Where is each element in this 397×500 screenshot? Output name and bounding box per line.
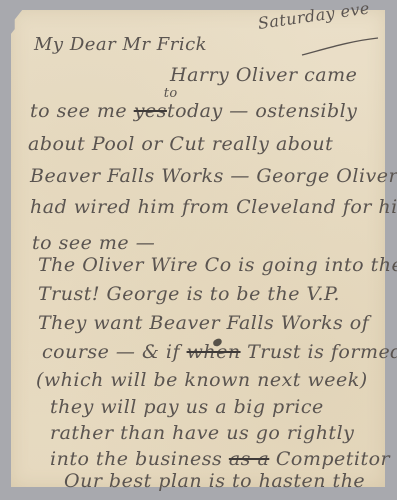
letter-line-6: to see me —	[32, 232, 155, 254]
line-10-prefix: course — & if	[42, 341, 187, 363]
letter-line-14: into the business as a Competitor	[50, 448, 390, 470]
dateline-flourish	[300, 37, 380, 57]
correction-group: toyes	[134, 100, 167, 122]
letter-line-7: The Oliver Wire Co is going into the	[38, 254, 397, 276]
letter-line-9: They want Beaver Falls Works of	[38, 312, 369, 334]
letter-line-12: they will pay us a big price	[50, 396, 324, 418]
line-14-suffix: Competitor	[269, 448, 390, 470]
salutation: My Dear Mr Frick	[34, 34, 207, 55]
inserted-word: to	[164, 86, 178, 101]
line-10-suffix: Trust is formed	[241, 341, 397, 363]
line-14-prefix: into the business	[50, 448, 229, 470]
letter-line-1: Harry Oliver came	[170, 64, 357, 86]
letter-line-3: about Pool or Cut really about	[28, 133, 333, 155]
letter-line-2: to see me toyestoday — ostensibly	[30, 100, 357, 122]
letter-line-11: (which will be known next week)	[36, 369, 368, 391]
struck-word: as a	[229, 448, 269, 470]
letter-line-13: rather than have us go rightly	[50, 422, 354, 444]
letter-line-5: had wired him from Cleveland for him	[30, 196, 397, 218]
letter-line-8: Trust! George is to be the V.P.	[38, 283, 340, 305]
letter-line-4: Beaver Falls Works — George Oliver	[30, 165, 397, 187]
struck-word: yes	[134, 100, 167, 122]
letter-line-15: Our best plan is to hasten the	[64, 470, 365, 492]
line-2-prefix: to see me	[30, 100, 134, 122]
line-2-suffix: today — ostensibly	[167, 100, 357, 122]
